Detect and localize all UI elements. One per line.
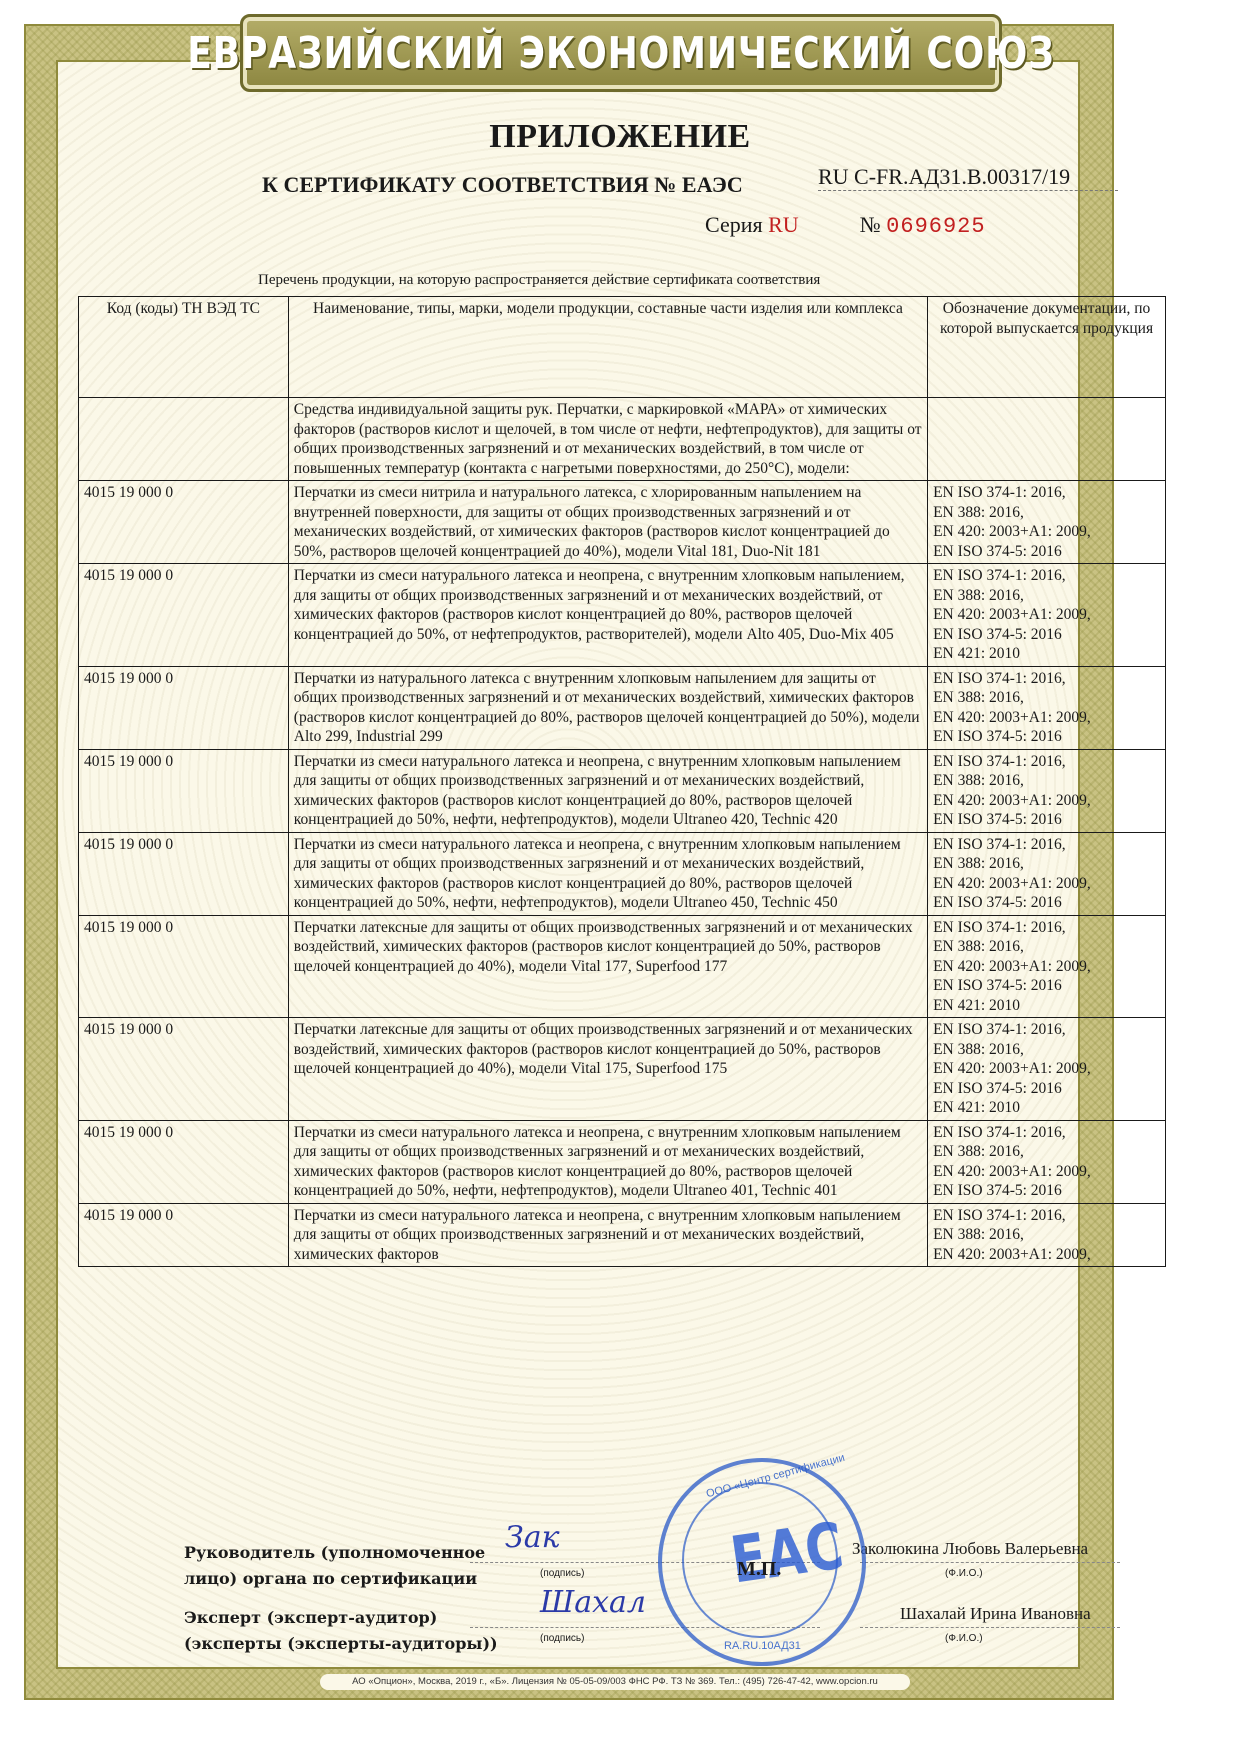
expert-name-line <box>860 1627 1120 1628</box>
product-description: Перчатки латексные для защиты от общих п… <box>288 915 927 1018</box>
product-standards: EN ISO 374-1: 2016,EN 388: 2016,EN 420: … <box>928 915 1166 1018</box>
table-row: 4015 19 000 0Перчатки из натурального ла… <box>79 666 1166 749</box>
standard-item: EN 388: 2016, <box>933 854 1160 874</box>
standard-item: EN ISO 374-1: 2016, <box>933 1206 1160 1226</box>
standard-item: EN 388: 2016, <box>933 688 1160 708</box>
standard-item: EN 420: 2003+A1: 2009, <box>933 1059 1160 1079</box>
standard-item: EN ISO 374-1: 2016, <box>933 752 1160 772</box>
product-description: Перчатки из смеси натурального латекса и… <box>288 832 927 915</box>
table-row: 4015 19 000 0Перчатки из смеси натуральн… <box>79 1120 1166 1203</box>
standard-item: EN 388: 2016, <box>933 1040 1160 1060</box>
head-name: Заколюкина Любовь Валерьевна <box>852 1539 1088 1559</box>
table-row: 4015 19 000 0Перчатки латексные для защи… <box>79 915 1166 1018</box>
standard-item: EN 388: 2016, <box>933 937 1160 957</box>
product-standards: EN ISO 374-1: 2016,EN 388: 2016,EN 420: … <box>928 832 1166 915</box>
standard-item: EN 421: 2010 <box>933 1098 1160 1118</box>
standard-item: EN 388: 2016, <box>933 586 1160 606</box>
standard-item: EN ISO 374-5: 2016 <box>933 810 1160 830</box>
standard-item: EN 420: 2003+A1: 2009, <box>933 957 1160 977</box>
product-code: 4015 19 000 0 <box>79 1018 289 1121</box>
head-label-line1: Руководитель (уполномоченное <box>184 1540 485 1566</box>
product-standards: EN ISO 374-1: 2016,EN 388: 2016,EN 420: … <box>928 1203 1166 1267</box>
seal-label: М.П. <box>737 1558 781 1581</box>
page-title: ПРИЛОЖЕНИЕ <box>0 118 1240 156</box>
certificate-number: RU C-FR.АД31.В.00317/19 <box>818 164 1118 191</box>
product-code: 4015 19 000 0 <box>79 1203 289 1267</box>
product-code: 4015 19 000 0 <box>79 832 289 915</box>
standard-item: EN 420: 2003+A1: 2009, <box>933 522 1160 542</box>
expert-name-caption: (Ф.И.О.) <box>945 1633 983 1644</box>
standard-item: EN 388: 2016, <box>933 1142 1160 1162</box>
banner-text: ЕВРАЗИЙСКИЙ ЭКОНОМИЧЕСКИЙ СОЮЗ <box>187 28 1055 79</box>
standard-item: EN ISO 374-5: 2016 <box>933 976 1160 996</box>
product-standards: EN ISO 374-1: 2016,EN 388: 2016,EN 420: … <box>928 481 1166 564</box>
eac-mark-icon: ЕАС <box>726 1510 847 1599</box>
standard-item: EN ISO 374-5: 2016 <box>933 893 1160 913</box>
standard-item: EN 388: 2016, <box>933 503 1160 523</box>
product-standards: EN ISO 374-1: 2016,EN 388: 2016,EN 420: … <box>928 666 1166 749</box>
union-banner: ЕВРАЗИЙСКИЙ ЭКОНОМИЧЕСКИЙ СОЮЗ <box>240 14 1002 92</box>
head-name-line <box>860 1562 1120 1563</box>
product-standards: EN ISO 374-1: 2016,EN 388: 2016,EN 420: … <box>928 564 1166 667</box>
standard-item: EN ISO 374-5: 2016 <box>933 727 1160 747</box>
intro-code <box>79 398 289 481</box>
expert-label-line1: Эксперт (эксперт-аудитор) <box>184 1605 498 1631</box>
standard-item: EN ISO 374-5: 2016 <box>933 625 1160 645</box>
header-description: Наименование, типы, марки, модели продук… <box>288 297 927 398</box>
intro-standards <box>928 398 1166 481</box>
number-label: № <box>860 212 881 237</box>
product-description: Перчатки латексные для защиты от общих п… <box>288 1018 927 1121</box>
certificate-subtitle: К СЕРТИФИКАТУ СООТВЕТСТВИЯ № ЕАЭС <box>262 172 743 198</box>
standard-item: EN ISO 374-1: 2016, <box>933 1020 1160 1040</box>
header-standards: Обозначение документации, по которой вып… <box>928 297 1166 398</box>
header-code: Код (коды) ТН ВЭД ТС <box>79 297 289 398</box>
head-name-caption: (Ф.И.О.) <box>945 1568 983 1579</box>
expert-label-line2: (эксперты (эксперты-аудиторы)) <box>184 1631 498 1657</box>
series-label: Серия <box>705 212 763 237</box>
product-description: Перчатки из натурального латекса с внутр… <box>288 666 927 749</box>
product-standards: EN ISO 374-1: 2016,EN 388: 2016,EN 420: … <box>928 1120 1166 1203</box>
head-signature-caption: (подпись) <box>540 1568 584 1579</box>
product-code: 4015 19 000 0 <box>79 564 289 667</box>
table-row: 4015 19 000 0Перчатки из смеси натуральн… <box>79 1203 1166 1267</box>
standard-item: EN ISO 374-1: 2016, <box>933 483 1160 503</box>
table-intro-row: Средства индивидуальной защиты рук. Перч… <box>79 398 1166 481</box>
product-description: Перчатки из смеси натурального латекса и… <box>288 1203 927 1267</box>
head-signature: Зак <box>505 1520 560 1555</box>
standard-item: EN 421: 2010 <box>933 644 1160 664</box>
standard-item: EN 420: 2003+A1: 2009, <box>933 605 1160 625</box>
table-header-row: Код (коды) ТН ВЭД ТС Наименование, типы,… <box>79 297 1166 398</box>
product-description: Перчатки из смеси натурального латекса и… <box>288 749 927 832</box>
product-code: 4015 19 000 0 <box>79 915 289 1018</box>
table-row: 4015 19 000 0Перчатки из смеси натуральн… <box>79 749 1166 832</box>
product-standards: EN ISO 374-1: 2016,EN 388: 2016,EN 420: … <box>928 1018 1166 1121</box>
standard-item: EN 420: 2003+A1: 2009, <box>933 874 1160 894</box>
expert-signature: Шахал <box>540 1585 646 1620</box>
standard-item: EN 388: 2016, <box>933 1225 1160 1245</box>
standard-item: EN 420: 2003+A1: 2009, <box>933 1245 1160 1265</box>
product-code: 4015 19 000 0 <box>79 1120 289 1203</box>
table-row: 4015 19 000 0Перчатки из смеси нитрила и… <box>79 481 1166 564</box>
blank-number: 0696925 <box>886 214 985 239</box>
standard-item: EN ISO 374-1: 2016, <box>933 669 1160 689</box>
printer-footer: АО «Опцион», Москва, 2019 г., «Б». Лицен… <box>320 1674 910 1690</box>
head-label-line2: лицо) органа по сертификации <box>184 1566 485 1592</box>
products-table: Код (коды) ТН ВЭД ТС Наименование, типы,… <box>78 296 1166 1267</box>
standard-item: EN ISO 374-5: 2016 <box>933 542 1160 562</box>
product-standards: EN ISO 374-1: 2016,EN 388: 2016,EN 420: … <box>928 749 1166 832</box>
standard-item: EN 420: 2003+A1: 2009, <box>933 1162 1160 1182</box>
expert-name: Шахалай Ирина Ивановна <box>900 1604 1091 1624</box>
standard-item: EN 421: 2010 <box>933 996 1160 1016</box>
standard-item: EN ISO 374-1: 2016, <box>933 835 1160 855</box>
product-description: Перчатки из смеси натурального латекса и… <box>288 564 927 667</box>
product-code: 4015 19 000 0 <box>79 481 289 564</box>
standard-item: EN ISO 374-1: 2016, <box>933 1123 1160 1143</box>
table-row: 4015 19 000 0Перчатки из смеси натуральн… <box>79 564 1166 667</box>
standard-item: EN ISO 374-5: 2016 <box>933 1079 1160 1099</box>
expert-label: Эксперт (эксперт-аудитор) (эксперты (экс… <box>184 1605 498 1657</box>
series-line: Серия RU № 0696925 <box>705 212 986 239</box>
intro-description: Средства индивидуальной защиты рук. Перч… <box>288 398 927 481</box>
product-code: 4015 19 000 0 <box>79 666 289 749</box>
standard-item: EN 420: 2003+A1: 2009, <box>933 708 1160 728</box>
stamp-accreditation: RA.RU.10АД31 <box>724 1640 801 1652</box>
table-caption: Перечень продукции, на которую распростр… <box>258 272 820 289</box>
expert-signature-caption: (подпись) <box>540 1633 584 1644</box>
product-code: 4015 19 000 0 <box>79 749 289 832</box>
head-label: Руководитель (уполномоченное лицо) орган… <box>184 1540 485 1592</box>
product-description: Перчатки из смеси натурального латекса и… <box>288 1120 927 1203</box>
standard-item: EN 420: 2003+A1: 2009, <box>933 791 1160 811</box>
product-description: Перчатки из смеси нитрила и натурального… <box>288 481 927 564</box>
table-row: 4015 19 000 0Перчатки из смеси натуральн… <box>79 832 1166 915</box>
standard-item: EN ISO 374-5: 2016 <box>933 1181 1160 1201</box>
series-value: RU <box>768 212 799 237</box>
standard-item: EN ISO 374-1: 2016, <box>933 918 1160 938</box>
standard-item: EN ISO 374-1: 2016, <box>933 566 1160 586</box>
table-row: 4015 19 000 0Перчатки латексные для защи… <box>79 1018 1166 1121</box>
standard-item: EN 388: 2016, <box>933 771 1160 791</box>
